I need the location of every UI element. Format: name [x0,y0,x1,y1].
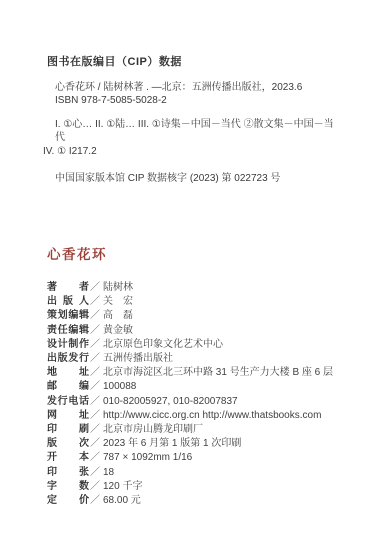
colophon-list: 著者／陆树林出版人／关 宏策划编辑／高 磊责任编辑／黄金敏设计制作／北京原色印象… [47,281,355,508]
colophon-row-label: 责任编辑 [47,324,89,338]
colophon-row-value: 2023 年 6 月第 1 版第 1 次印刷 [103,437,241,451]
copyright-page: 图书在版编目（CIP）数据 心香花环 / 陆树林著 . —北京：五洲传播出版社，… [0,0,375,557]
colophon-row-label: 版次 [47,437,89,451]
colophon-row: 印张／18 [47,466,355,480]
colophon-row-separator: ／ [90,395,100,409]
colophon-row-label: 开本 [47,451,89,465]
colophon-row-label: 设计制作 [47,338,89,352]
colophon-row: 字数／120 千字 [47,480,355,494]
colophon-row-label: 地址 [47,366,89,380]
colophon-row-value: 68.00 元 [103,494,141,508]
colophon-row-value: 787 × 1092mm 1/16 [103,451,192,465]
colophon-row-value: 黄金敏 [103,324,133,338]
book-title: 心香花环 [47,243,107,263]
colophon-row-value: 北京市房山腾龙印刷厂 [103,423,203,437]
colophon-row: 开本／787 × 1092mm 1/16 [47,451,355,465]
colophon-row: 设计制作／北京原色印象文化艺术中心 [47,338,355,352]
colophon-row-value: 陆树林 [103,281,133,295]
colophon-row-separator: ／ [90,352,100,366]
colophon-row-label: 邮编 [47,380,89,394]
colophon-row-value: 120 千字 [103,480,142,494]
colophon-row-label: 发行电话 [47,395,89,409]
colophon-row: 印刷／北京市房山腾龙印刷厂 [47,423,355,437]
colophon-row-label: 出版人 [47,295,89,309]
colophon-row-label: 出版发行 [47,352,89,366]
colophon-row-separator: ／ [90,451,100,465]
colophon-row-label: 策划编辑 [47,309,89,323]
colophon-row-value: http://www.cicc.org.cn http://www.thatsb… [103,409,321,423]
isbn-line: ISBN 978-7-5085-5028-2 [55,94,341,108]
colophon-row-label: 印刷 [47,423,89,437]
colophon-row-separator: ／ [90,338,100,352]
colophon-row-label: 印张 [47,466,89,480]
colophon-row: 责任编辑／黄金敏 [47,324,355,338]
colophon-row-separator: ／ [90,281,100,295]
colophon-row-separator: ／ [90,380,100,394]
colophon-row-label: 定价 [47,494,89,508]
colophon-row-separator: ／ [90,366,100,380]
colophon-row-value: 18 [103,466,114,480]
colophon-row-value: 五洲传播出版社 [103,352,173,366]
colophon-row-separator: ／ [90,324,100,338]
colophon-row: 策划编辑／高 磊 [47,309,355,323]
colophon-row-separator: ／ [90,466,100,480]
colophon-row-separator: ／ [90,480,100,494]
colophon-row: 发行电话／010-82005927, 010-82007837 [47,395,355,409]
colophon-row-label: 著者 [47,281,89,295]
colophon-row-value: 100088 [103,380,136,394]
colophon-row-value: 北京原色印象文化艺术中心 [103,338,223,352]
colophon-row-separator: ／ [90,295,100,309]
colophon-row-value: 010-82005927, 010-82007837 [103,395,238,409]
colophon-row-separator: ／ [90,494,100,508]
colophon-row-value: 关 宏 [103,295,133,309]
cip-record-number: 中国国家版本馆 CIP 数据核字 (2023) 第 022723 号 [55,172,341,186]
colophon-row-label: 网址 [47,409,89,423]
cip-heading: 图书在版编目（CIP）数据 [47,56,341,70]
colophon-row-value: 北京市海淀区北三环中路 31 号生产力大楼 B 座 6 层 [103,366,333,380]
colophon-row-label: 字数 [47,480,89,494]
colophon-row-separator: ／ [90,409,100,423]
colophon-row-separator: ／ [90,423,100,437]
colophon-row: 出版发行／五洲传播出版社 [47,352,355,366]
cip-classification-line1: I. ①心… II. ①陆… III. ①诗集－中国－当代 ②散文集－中国－当代 [55,118,341,145]
colophon-row: 网址／http://www.cicc.org.cn http://www.tha… [47,409,355,423]
colophon-row-separator: ／ [90,437,100,451]
colophon-row: 著者／陆树林 [47,281,355,295]
cip-data-block: 图书在版编目（CIP）数据 心香花环 / 陆树林著 . —北京：五洲传播出版社，… [47,56,341,186]
colophon-row: 邮编／100088 [47,380,355,394]
colophon-row: 版次／2023 年 6 月第 1 版第 1 次印刷 [47,437,355,451]
colophon-row: 出版人／关 宏 [47,295,355,309]
colophon-row-value: 高 磊 [103,309,133,323]
colophon-row: 定价／68.00 元 [47,494,355,508]
colophon-row-separator: ／ [90,309,100,323]
cip-description: 心香花环 / 陆树林著 . —北京：五洲传播出版社，2023.6 [55,81,341,95]
cip-classification-line2: IV. ① I217.2 [43,145,341,159]
colophon-row: 地址／北京市海淀区北三环中路 31 号生产力大楼 B 座 6 层 [47,366,355,380]
